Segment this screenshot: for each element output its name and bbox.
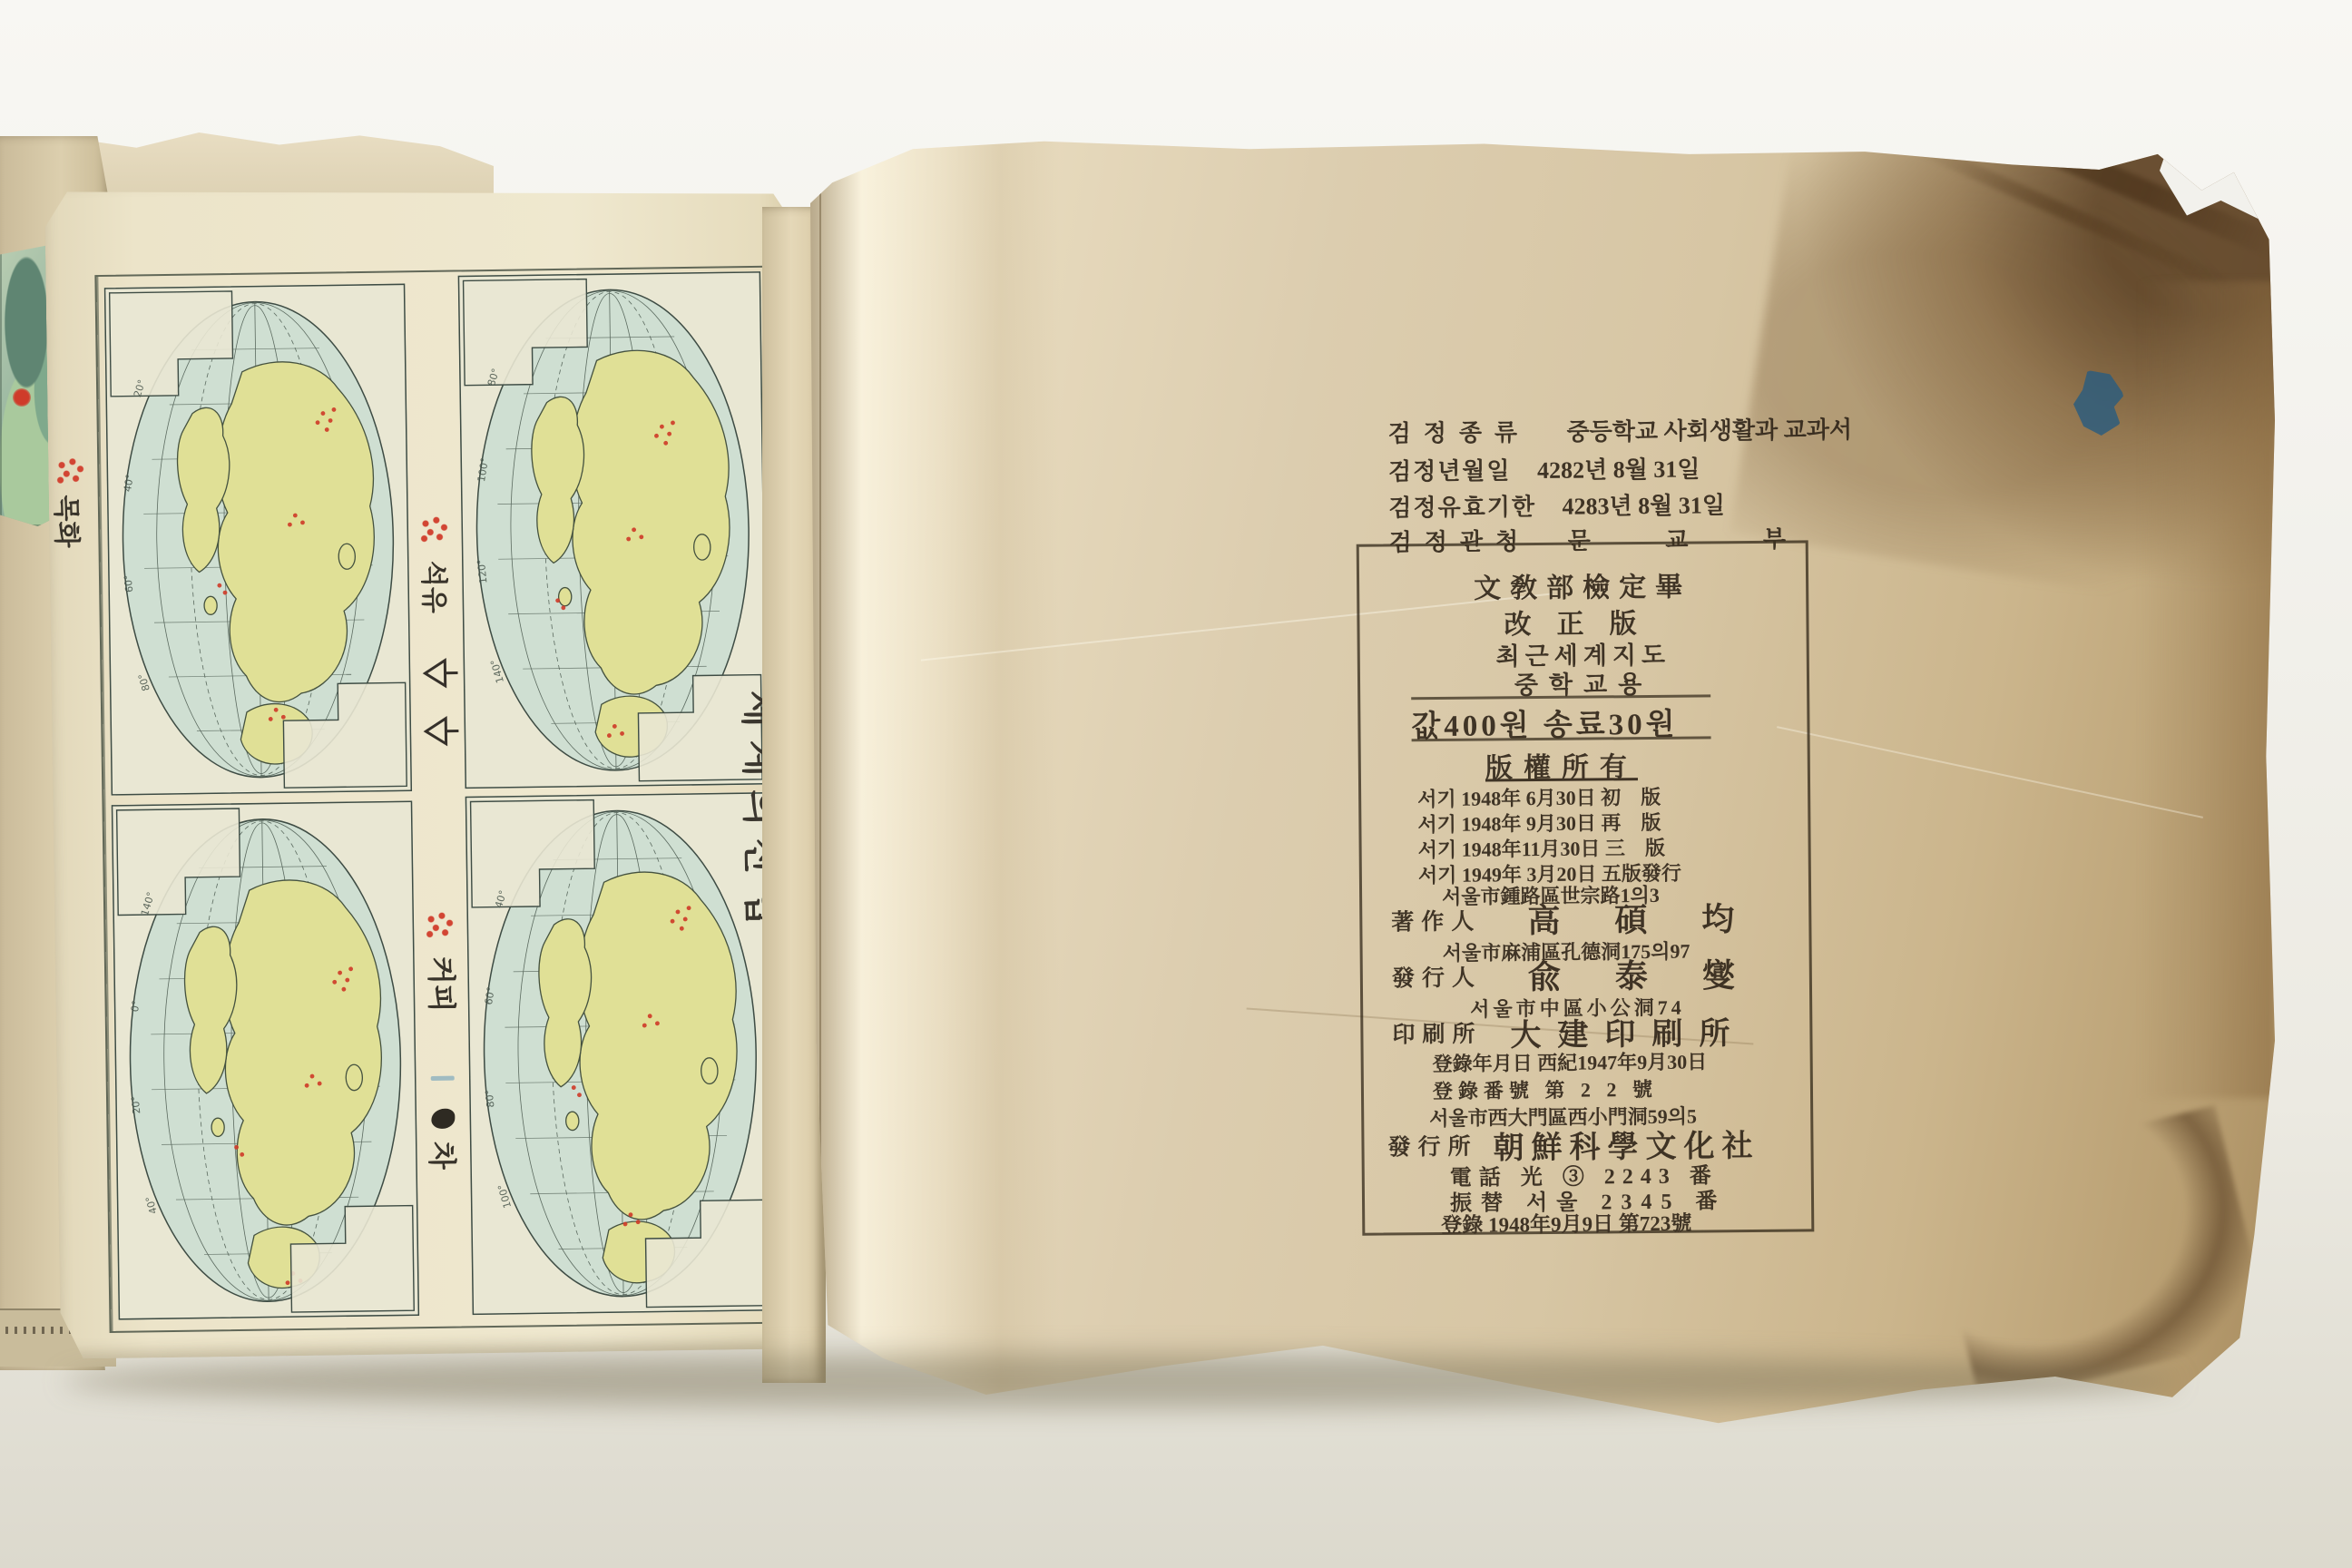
cert-date-label: 검정년월일	[1388, 457, 1512, 485]
cert-date-value: 4282년 8월 31일	[1537, 456, 1700, 484]
cert-validity-line: 검정유효기한 4283년 8월 31일	[1388, 486, 1725, 523]
world-map-panel: 140° 0° 20° 40°	[111, 800, 419, 1320]
issuer-label: 發行所	[1387, 1129, 1477, 1162]
svg-text:0°: 0°	[129, 1000, 142, 1014]
edge-label-cotton: 목화	[49, 495, 90, 548]
stamped-ink-layer: 검정종류 중등학교 사회생활과 교과서 검정년월일 4282년 8월 31일 검…	[805, 130, 2280, 1435]
colophon-stamp-box: 文敎部檢定畢 改正版 최근세계지도 중학교용 값400원 송료30원 版權所有 …	[1357, 540, 1815, 1235]
red-dots-symbol	[55, 456, 86, 484]
world-map-panel: 20° 40° 60° 80°	[104, 283, 413, 796]
book-shadow	[64, 1354, 2178, 1408]
cert-validity-label: 검정유효기한	[1388, 494, 1536, 521]
publisher-name: 兪泰燮	[1528, 950, 1789, 999]
svg-text:120°: 120°	[475, 559, 490, 584]
legend-label-oil: 석유	[416, 561, 457, 614]
registration-date: 登錄年月日 西紀1947年9月30日	[1433, 1046, 1708, 1077]
registration-2: 登錄 1948年9月9日 第723號	[1441, 1207, 1691, 1239]
map-panel: 140° 0° 20° 40°	[111, 800, 419, 1320]
registration-no: 登錄番號 第 2 2 號	[1433, 1074, 1658, 1104]
author-name: 高碩均	[1527, 894, 1788, 943]
red-mark	[13, 388, 31, 407]
legend-label-tea: 차	[423, 1141, 465, 1170]
red-dots-symbol	[425, 911, 456, 938]
map-panel: 80° 100° 120° 140°	[457, 271, 768, 789]
copyright-text: 版權所有	[1412, 743, 1711, 786]
svg-text:80°: 80°	[484, 1089, 497, 1108]
red-dots-symbol	[419, 515, 450, 543]
cert-type-label: 검정종류	[1388, 419, 1531, 446]
map-plate-frame: 20° 40° 60° 80°	[94, 266, 791, 1333]
world-map-panel: 80° 100° 120° 140°	[457, 271, 768, 789]
colophon-page: 검정종류 중등학교 사회생활과 교과서 검정년월일 4282년 8월 31일 검…	[810, 136, 2275, 1428]
publisher-label: 發行人	[1392, 960, 1482, 994]
svg-text:60°: 60°	[122, 574, 135, 593]
photo-open-vintage-atlas: 20° 40° 60° 80°	[0, 0, 2352, 1568]
world-map-panel: 40° 60° 80° 100°	[465, 792, 775, 1316]
author-label: 著作人	[1391, 904, 1481, 937]
cert-type-line: 검정종류 중등학교 사회생활과 교과서	[1387, 411, 1852, 448]
cert-validity-value: 4283년 8월 31일	[1562, 492, 1725, 520]
cert-date-line: 검정년월일 4282년 8월 31일	[1388, 450, 1700, 486]
oil-derrick-symbol	[417, 653, 461, 759]
map-panel: 40° 60° 80° 100°	[465, 792, 775, 1316]
tea-blob-symbol	[431, 1109, 455, 1129]
svg-text:20°: 20°	[130, 1095, 143, 1114]
legend-label-coffee: 커피	[422, 955, 465, 1012]
map-panel: 20° 40° 60° 80°	[104, 283, 413, 796]
blue-dash-symbol	[431, 1076, 455, 1081]
cert-type-value: 중등학교 사회생활과 교과서	[1566, 416, 1852, 446]
left-map-page: 20° 40° 60° 80°	[44, 181, 812, 1358]
printer-label: 印刷所	[1392, 1016, 1482, 1050]
